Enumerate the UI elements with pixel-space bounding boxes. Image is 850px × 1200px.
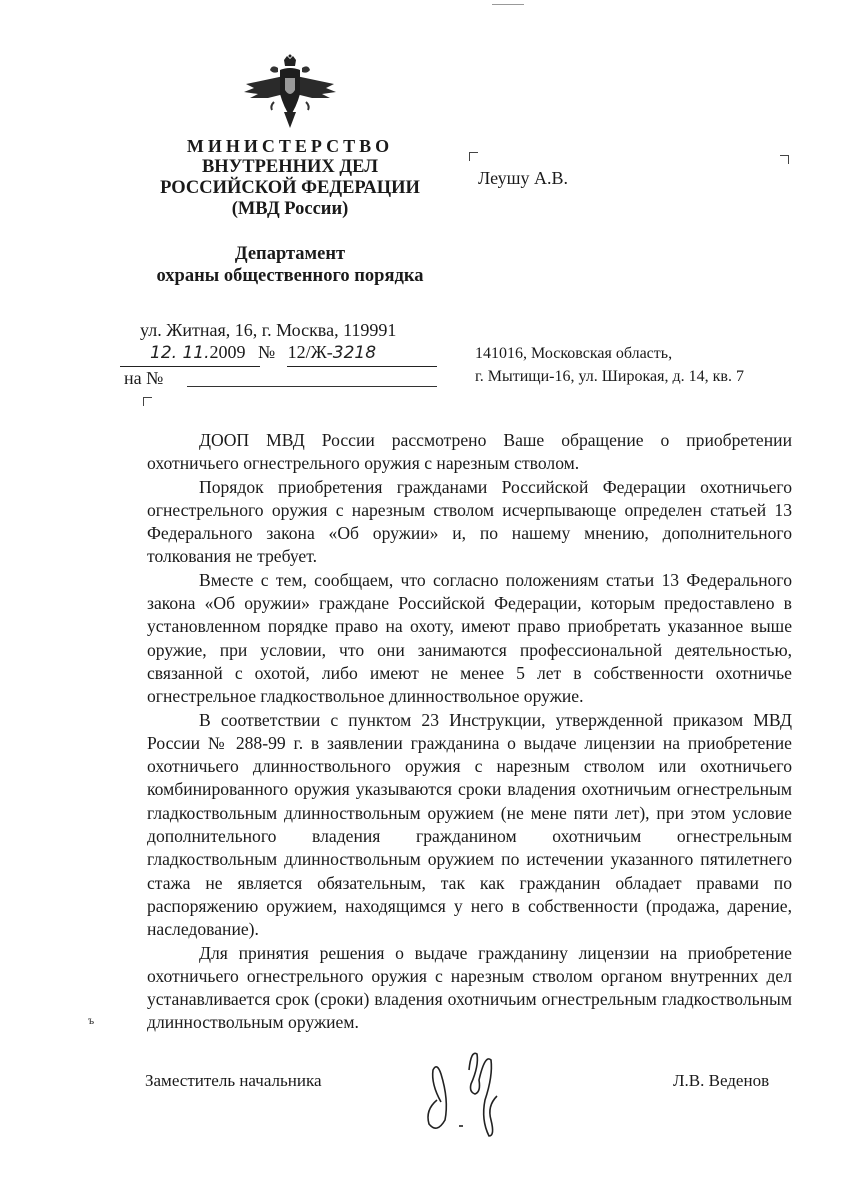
date-year: 2009	[209, 342, 245, 362]
recipient-address-line: г. Мытищи-16, ул. Широкая, д. 14, кв. 7	[475, 365, 744, 388]
eagle-emblem-icon	[240, 54, 340, 134]
ministry-line: РОССИЙСКОЙ ФЕДЕРАЦИИ	[130, 178, 450, 199]
department-header: Департамент охраны общественного порядка	[130, 243, 450, 287]
recipient-name: Леушу А.В.	[478, 168, 568, 189]
scan-artifact	[492, 4, 524, 5]
sender-address: ул. Житная, 16, г. Москва, 119991	[140, 320, 440, 341]
department-line: Департамент	[130, 243, 450, 265]
body-paragraph: ДООП МВД России рассмотрено Ваше обращен…	[147, 429, 792, 476]
ministry-header: МИНИСТЕРСТВО ВНУТРЕННИХ ДЕЛ РОССИЙСКОЙ Ф…	[130, 136, 450, 220]
ministry-line: (МВД России)	[130, 199, 450, 220]
date-underline	[120, 366, 260, 367]
letter-body: ДООП МВД России рассмотрено Ваше обращен…	[147, 429, 792, 1035]
signatory-name: Л.В. Веденов	[673, 1071, 769, 1091]
ministry-line: ВНУТРЕННИХ ДЕЛ	[130, 157, 450, 178]
number-underline	[287, 366, 437, 367]
recipient-address: 141016, Московская область, г. Мытищи-16…	[475, 342, 744, 388]
number-handwritten: 3218	[333, 343, 376, 363]
reference-underline	[187, 386, 437, 387]
corner-mark	[143, 397, 152, 406]
signature-icon	[415, 1040, 535, 1140]
number-printed: 12/Ж-	[288, 342, 333, 362]
ministry-line: МИНИСТЕРСТВО	[130, 136, 450, 157]
body-paragraph: Порядок приобретения гражданами Российск…	[147, 476, 792, 569]
department-line: охраны общественного порядка	[130, 265, 450, 287]
margin-mark: ъ	[88, 1013, 94, 1028]
reference-label: на №	[124, 368, 163, 389]
body-paragraph: Для принятия решения о выдаче гражданину…	[147, 942, 792, 1035]
body-paragraph: В соответствии с пунктом 23 Инструкции, …	[147, 709, 792, 942]
number-label: №	[258, 342, 275, 362]
signatory-title: Заместитель начальника	[145, 1071, 322, 1091]
date-number-row: 12. 11.2009 № 12/Ж-3218	[120, 342, 470, 366]
date-handwritten: 12. 11.	[150, 343, 209, 363]
body-paragraph: Вместе с тем, сообщаем, что согласно пол…	[147, 569, 792, 709]
recipient-address-line: 141016, Московская область,	[475, 342, 744, 365]
corner-mark	[469, 152, 478, 161]
corner-mark	[780, 155, 789, 164]
